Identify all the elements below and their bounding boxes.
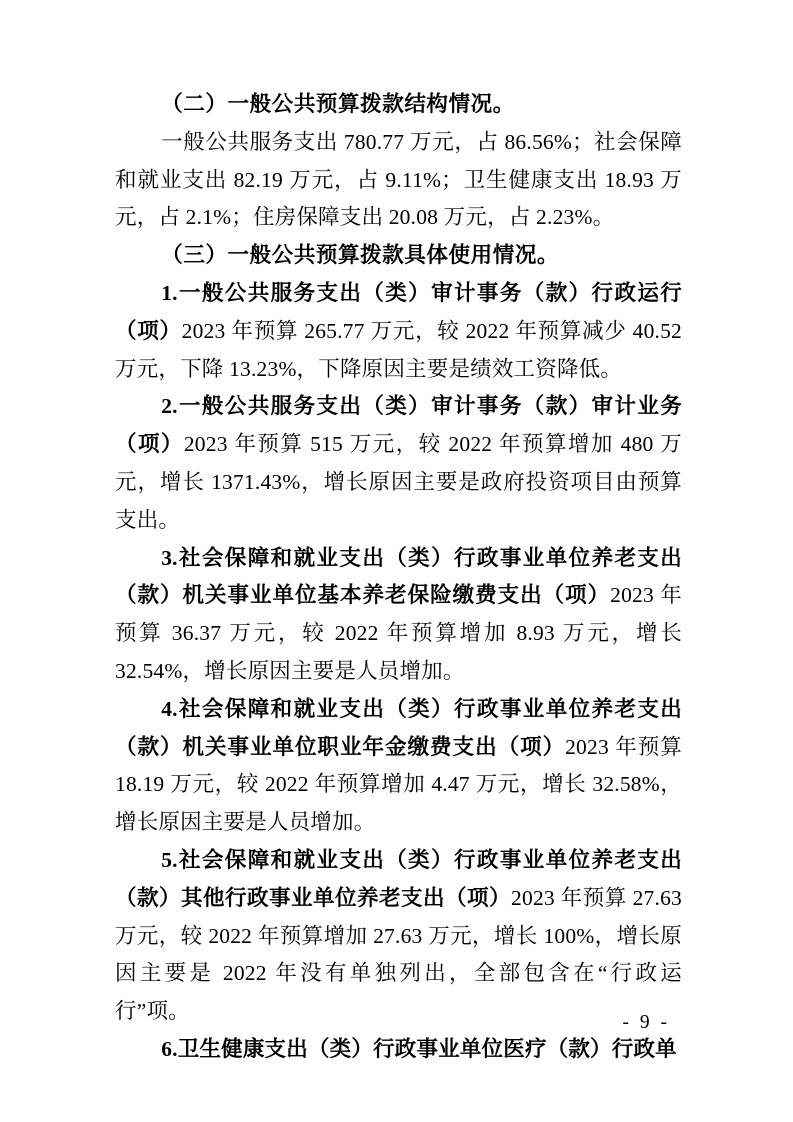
budget-item-1: 1.一般公共服务支出（类）审计事务（款）行政运行（项）2023 年预算 265.…	[115, 275, 682, 388]
budget-item-5: 5.社会保障和就业支出（类）行政事业单位养老支出（款）其他行政事业单位养老支出（…	[115, 842, 682, 1031]
budget-item-3-title: 3.社会保障和就业支出（类）行政事业单位养老支出（款）机关事业单位基本养老保险缴…	[115, 546, 682, 608]
section-heading-structure: （二）一般公共预算拨款结构情况。	[115, 86, 682, 124]
budget-item-4: 4.社会保障和就业支出（类）行政事业单位养老支出（款）机关事业单位职业年金缴费支…	[115, 691, 682, 842]
budget-item-1-detail: 2023 年预算 265.77 万元，较 2022 年预算减少 40.52 万元…	[115, 319, 682, 381]
budget-item-3: 3.社会保障和就业支出（类）行政事业单位养老支出（款）机关事业单位基本养老保险缴…	[115, 540, 682, 691]
page-content: （二）一般公共预算拨款结构情况。 一般公共服务支出 780.77 万元，占 86…	[115, 86, 682, 1069]
budget-item-2-detail: 2023 年预算 515 万元，较 2022 年预算增加 480 万元，增长 1…	[115, 432, 682, 532]
section-heading-specific-usage: （三）一般公共预算拨款具体使用情况。	[115, 237, 682, 275]
budget-item-2: 2.一般公共服务支出（类）审计事务（款）审计业务（项）2023 年预算 515 …	[115, 388, 682, 539]
page-number: - 9 -	[623, 1008, 671, 1038]
budget-item-6: 6.卫生健康支出（类）行政事业单位医疗（款）行政单	[115, 1031, 682, 1069]
document-page: （二）一般公共预算拨款结构情况。 一般公共服务支出 780.77 万元，占 86…	[0, 0, 793, 1122]
budget-item-6-title: 6.卫生健康支出（类）行政事业单位医疗（款）行政单	[161, 1037, 677, 1061]
paragraph-structure-breakdown: 一般公共服务支出 780.77 万元，占 86.56%；社会保障和就业支出 82…	[115, 124, 682, 237]
